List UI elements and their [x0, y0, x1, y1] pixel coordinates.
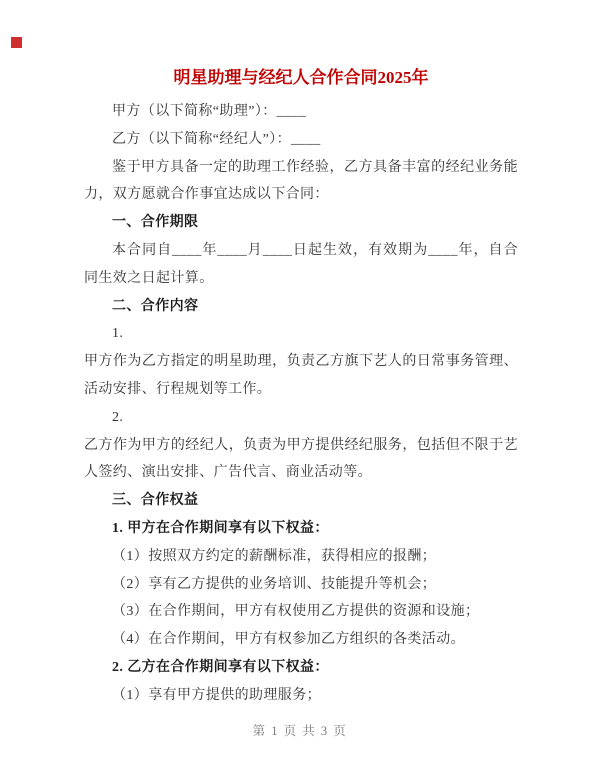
- document-page: 明星助理与经纪人合作合同2025年 甲方（以下简称“助理”）：____ 乙方（以…: [0, 0, 600, 776]
- party-b-rights-heading: 2. 乙方在合作期间享有以下权益：: [84, 654, 518, 682]
- red-corner-mark: [11, 37, 22, 48]
- party-a-right-item-2: （2）享有乙方提供的业务培训、技能提升等机会；: [84, 571, 518, 599]
- document-body: 明星助理与经纪人合作合同2025年 甲方（以下简称“助理”）：____ 乙方（以…: [84, 62, 518, 710]
- preamble-paragraph: 鉴于甲方具备一定的助理工作经验，乙方具备丰富的经纪业务能力，双方愿就合作事宜达成…: [84, 154, 518, 210]
- party-a-right-item-3: （3）在合作期间，甲方有权使用乙方提供的资源和设施；: [84, 598, 518, 626]
- party-a-right-item-1: （1）按照双方约定的薪酬标准，获得相应的报酬；: [84, 543, 518, 571]
- document-title: 明星助理与经纪人合作合同2025年: [84, 62, 518, 94]
- section-heading-2: 二、合作内容: [84, 293, 518, 321]
- section-heading-3: 三、合作权益: [84, 487, 518, 515]
- party-a-right-item-4: （4）在合作期间，甲方有权参加乙方组织的各类活动。: [84, 626, 518, 654]
- section-heading-1: 一、合作期限: [84, 209, 518, 237]
- clause-2-paragraph: 乙方作为甲方的经纪人，负责为甲方提供经纪服务，包括但不限于艺人签约、演出安排、广…: [84, 432, 518, 488]
- clause-1-paragraph: 甲方作为乙方指定的明星助理，负责乙方旗下艺人的日常事务管理、活动安排、行程规划等…: [84, 348, 518, 404]
- page-number: 第 1 页 共 3 页: [0, 718, 600, 744]
- party-a-line: 甲方（以下简称“助理”）：____: [84, 98, 518, 126]
- clause-number-1: 1.: [84, 320, 518, 348]
- party-a-rights-heading: 1. 甲方在合作期间享有以下权益：: [84, 515, 518, 543]
- clause-number-2: 2.: [84, 404, 518, 432]
- term-paragraph: 本合同自____年____月____日起生效，有效期为____年，自合同生效之日…: [84, 237, 518, 293]
- party-b-line: 乙方（以下简称“经纪人”）：____: [84, 126, 518, 154]
- party-b-right-item-1: （1）享有甲方提供的助理服务；: [84, 682, 518, 710]
